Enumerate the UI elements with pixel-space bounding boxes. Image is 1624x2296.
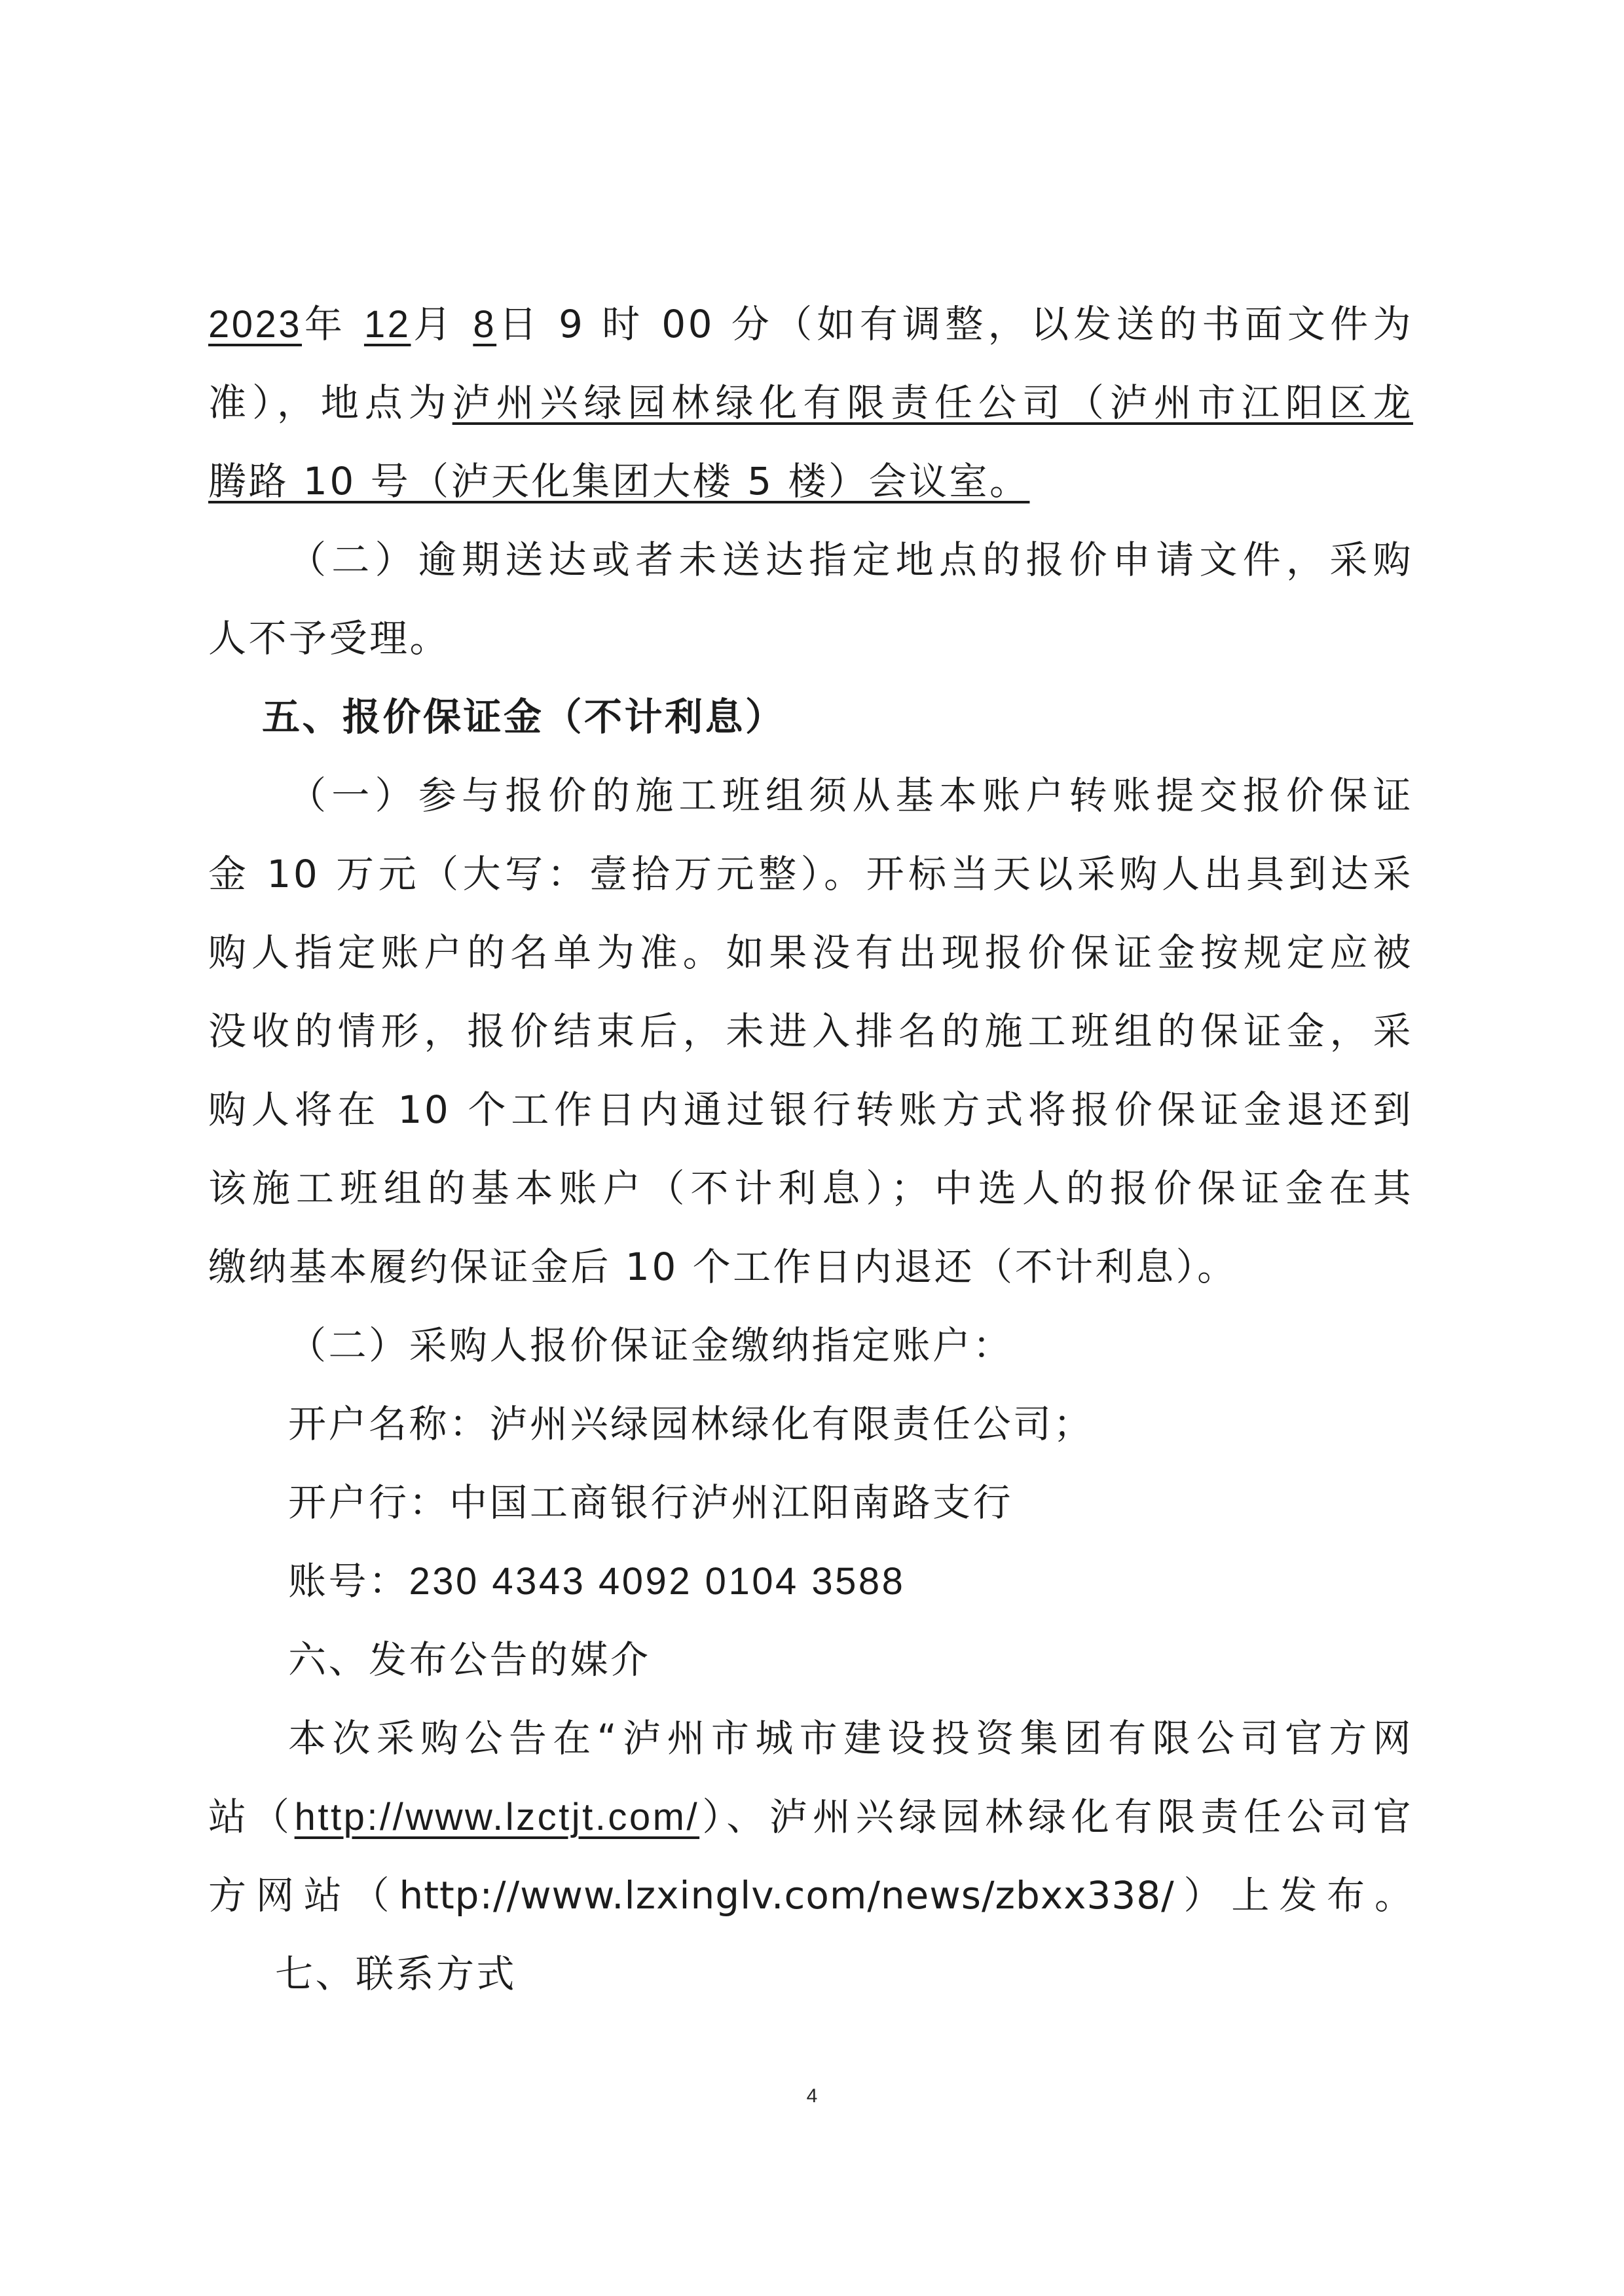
- website-link-lzctjt[interactable]: http://www.lzctjt.com/: [295, 1796, 699, 1838]
- account-number-label: 账号：: [288, 1559, 409, 1603]
- paragraph-media: 本次采购公告在“泸州市城市建设投资集团有限公司官方网: [288, 1712, 1413, 1764]
- location-address: 腾路 10 号（泸天化集团大楼 5 楼）会议室。: [208, 459, 1029, 503]
- website-suffix: ）、泸州兴绿园林绿化有限责任公司官: [699, 1795, 1413, 1839]
- text-line-meeting-time: 2023年 12月 8日 9 时 00 分（如有调整，以发送的书面文件为: [208, 298, 1413, 350]
- text-line: 购人指定账户的名单为准。如果没有出现报价保证金按规定应被: [208, 926, 1413, 979]
- text-line-website-1: 站（http://www.lzctjt.com/）、泸州兴绿园林绿化有限责任公司…: [208, 1791, 1413, 1843]
- text-line: 金 10 万元（大写：壹拾万元整）。开标当天以采购人出具到达采: [208, 848, 1413, 900]
- text-line-location-address: 腾路 10 号（泸天化集团大楼 5 楼）会议室。: [208, 455, 1413, 507]
- day-value: 8: [473, 303, 496, 346]
- location-prefix: 准），地点为: [208, 380, 452, 425]
- website-prefix: 站（: [208, 1795, 295, 1839]
- year-value: 2023: [208, 303, 302, 346]
- time-text: 日 9 时 00 分（如有调整，以发送的书面文件为: [496, 302, 1413, 346]
- paragraph-late-submission: （二）逾期送达或者未送达指定地点的报价申请文件，采购: [288, 534, 1413, 586]
- month-suffix: 月: [411, 302, 456, 346]
- text-line: 购人将在 10 个工作日内通过银行转账方式将报价保证金退还到: [208, 1084, 1413, 1136]
- section-heading-5: 五、报价保证金（不计利息）: [262, 691, 1387, 743]
- text-line: 该施工班组的基本账户（不计利息）；中选人的报价保证金在其: [208, 1162, 1413, 1214]
- text-line: 缴纳基本履约保证金后 10 个工作日内退还（不计利息）。: [208, 1241, 1413, 1293]
- account-name: 开户名称：泸州兴绿园林绿化有限责任公司；: [288, 1398, 1413, 1450]
- bank-name: 开户行：中国工商银行泸州江阳南路支行: [288, 1476, 1413, 1529]
- section-heading-7: 七、联系方式: [275, 1948, 1400, 2000]
- month-value: 12: [364, 303, 411, 346]
- paragraph-deposit-1: （一）参与报价的施工班组须从基本账户转账提交报价保证: [288, 769, 1413, 822]
- text-line: 没收的情形，报价结束后，未进入排名的施工班组的保证金，采: [208, 1005, 1413, 1057]
- account-number-line: 账号：230 4343 4092 0104 3588: [288, 1555, 1413, 1607]
- text-line-location: 准），地点为泸州兴绿园林绿化有限责任公司（泸州市江阳区龙: [208, 376, 1413, 429]
- text-line-website-2: 方网站（http://www.lzxinglv.com/news/zbxx338…: [208, 1869, 1413, 1922]
- year-suffix: 年: [302, 302, 347, 346]
- account-number: 230 4343 4092 0104 3588: [409, 1560, 906, 1603]
- document-page: 2023年 12月 8日 9 时 00 分（如有调整，以发送的书面文件为 准），…: [0, 0, 1624, 2296]
- paragraph-deposit-2: （二）采购人报价保证金缴纳指定账户：: [288, 1319, 1413, 1372]
- page-number: 4: [802, 2085, 822, 2107]
- text-line: 人不予受理。: [208, 612, 1413, 665]
- location-company: 泸州兴绿园林绿化有限责任公司（泸州市江阳区龙: [452, 380, 1413, 425]
- section-heading-6: 六、发布公告的媒介: [288, 1633, 1413, 1686]
